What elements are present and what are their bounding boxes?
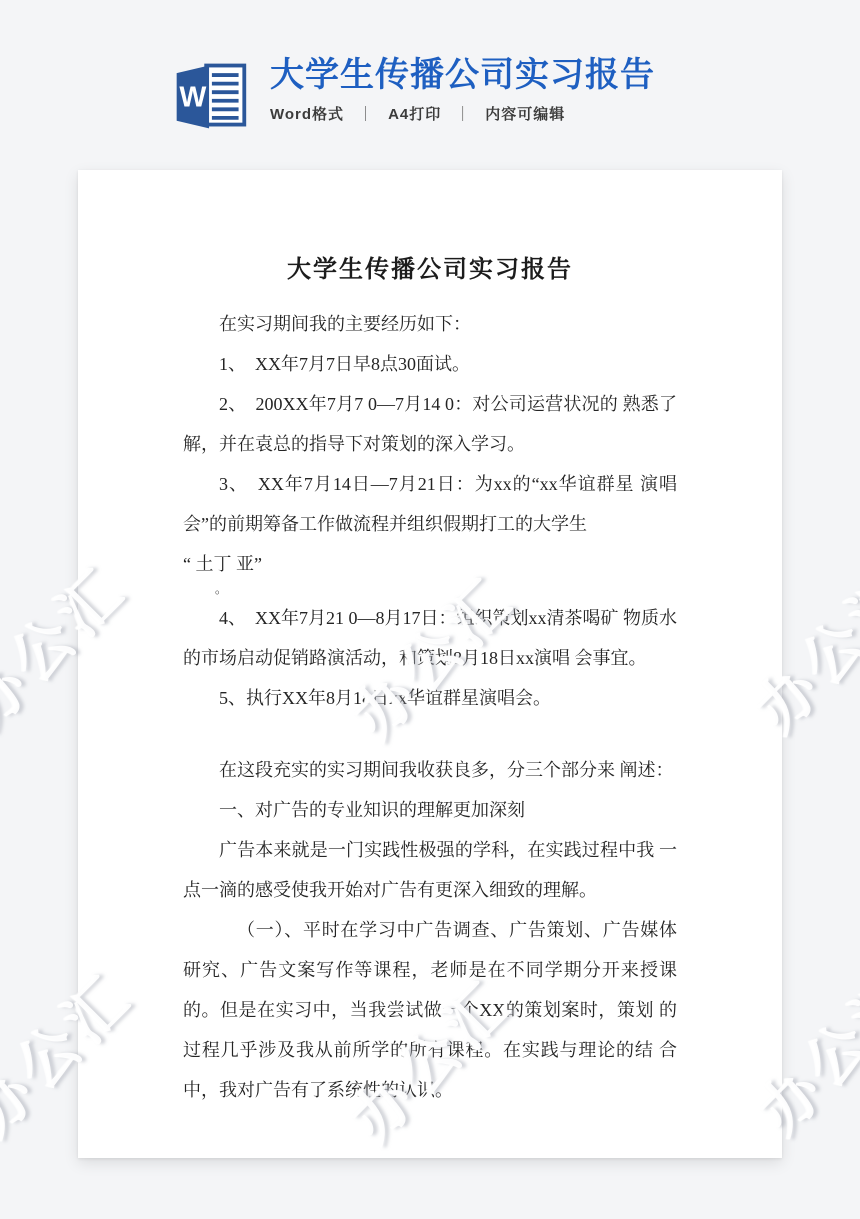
paragraph: 广告本来就是一门实践性极强的学科，在实践过程中我 一点一滴的感受使我开始对广告有… [183,830,677,910]
paragraph: 5、执行XX年8月18日xx华谊群星演唱会。 [183,678,677,718]
meta-separator: ｜ [455,106,471,123]
header-text: 大学生传播公司实习报告 Word格式｜A4打印｜内容可编辑 [270,55,655,124]
header: W 大学生传播公司实习报告 Word格式｜A4打印｜内容可编辑 [170,55,655,133]
page-title: 大学生传播公司实习报告 [270,55,655,95]
document-page: 大学生传播公司实习报告 在实习期间我的主要经历如下： 1、 XX年7月7日早8点… [78,170,782,1158]
word-icon: W [170,59,250,133]
word-icon-svg: W [170,59,250,133]
paragraph: （一）、平时在学习中广告调查、广告策划、广告媒体 研究、广告文案写作等课程，老师… [183,910,677,1110]
paragraph: “ 土丁 亚” [183,544,677,584]
document-meta: Word格式｜A4打印｜内容可编辑 [270,103,655,124]
document-title: 大学生传播公司实习报告 [183,252,677,288]
paragraph: 2、 200XX年7月7 0—7月14 0：对公司运营状况的 熟悉了解，并在袁总… [183,384,677,464]
paragraph: 。 [183,584,677,598]
paragraph: 一、对广告的专业知识的理解更加深刻 [183,790,677,830]
paragraph: 4、 XX年7月21 0—8月17日：组织策划xx清茶喝矿 物质水的市场启动促销… [183,598,677,678]
meta-separator: ｜ [358,106,374,123]
page-background: W 大学生传播公司实习报告 Word格式｜A4打印｜内容可编辑 大学生传播公司实… [0,0,860,1219]
paragraph: 3、 XX年7月14日—7月21日：为xx的“xx华谊群星 演唱会”的前期筹备工… [183,464,677,544]
document-body: 在实习期间我的主要经历如下： 1、 XX年7月7日早8点30面试。 2、 200… [183,304,677,1110]
paragraph: 1、 XX年7月7日早8点30面试。 [183,344,677,384]
paragraph: 在实习期间我的主要经历如下： [183,304,677,344]
meta-format: Word格式 [270,106,344,123]
paragraph: 在这段充实的实习期间我收获良多，分三个部分来 阐述： [183,750,677,790]
meta-editable: 内容可编辑 [485,106,565,123]
meta-print: A4打印 [388,106,441,123]
word-icon-letter: W [179,81,206,113]
